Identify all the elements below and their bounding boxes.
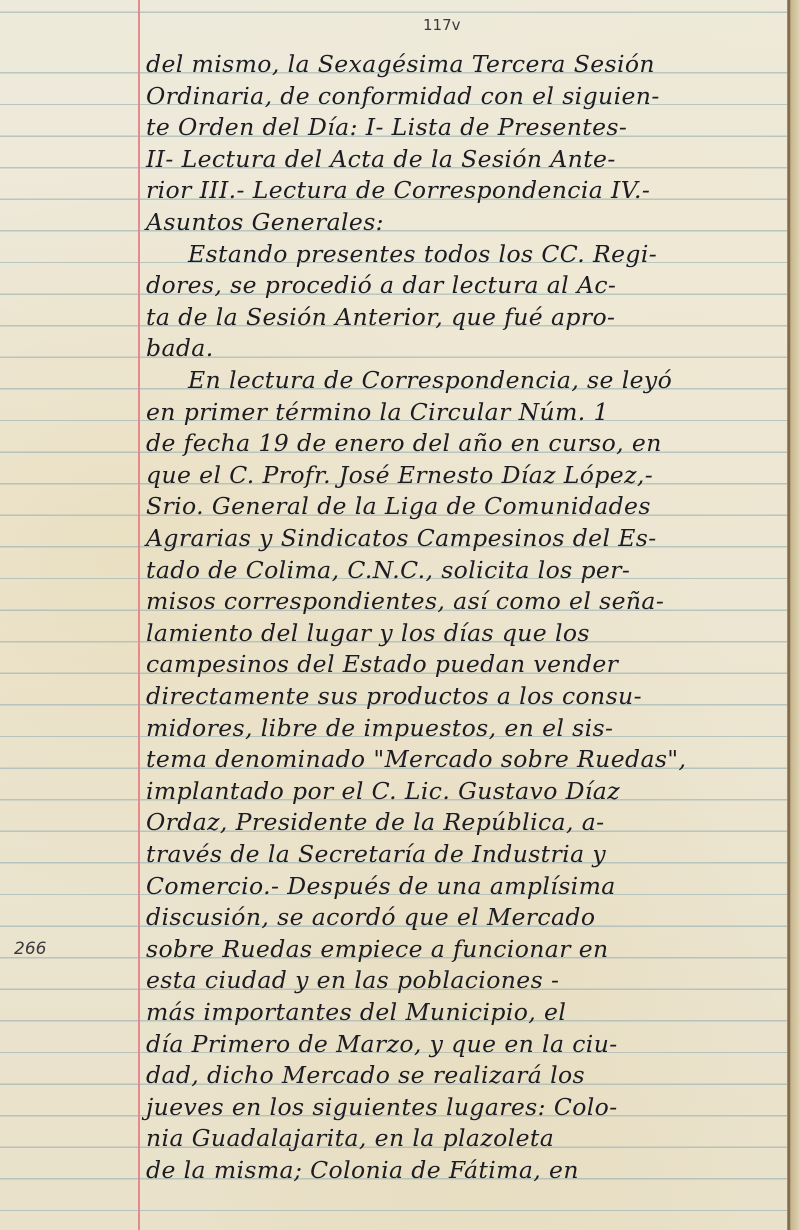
handwritten-line: en primer término la Circular Núm. 1 xyxy=(146,397,790,428)
handwritten-line: de fecha 19 de enero del año en curso, e… xyxy=(146,428,790,459)
handwritten-line: discusión, se acordó que el Mercado xyxy=(146,902,790,933)
handwritten-line: Ordinaria, de conformidad con el siguien… xyxy=(146,81,790,112)
handwritten-line: Comercio.- Después de una amplísima xyxy=(146,871,790,902)
margin-note: 266 xyxy=(14,939,46,959)
handwritten-line: directamente sus productos a los consu- xyxy=(146,681,790,712)
handwritten-line: jueves en los siguientes lugares: Colo- xyxy=(146,1092,790,1123)
handwritten-line: de la misma; Colonia de Fátima, en xyxy=(146,1155,790,1186)
page-edge xyxy=(787,0,799,1230)
handwritten-line: sobre Ruedas empiece a funcionar en xyxy=(146,934,790,965)
handwritten-line: Asuntos Generales: xyxy=(146,207,790,238)
handwritten-line: del mismo, la Sexagésima Tercera Sesión xyxy=(146,49,790,80)
handwritten-line: Srio. General de la Liga de Comunidades xyxy=(146,491,790,522)
handwritten-line: Agrarias y Sindicatos Campesinos del Es- xyxy=(146,523,790,554)
handwritten-line: misos correspondientes, así como el seña… xyxy=(146,586,790,617)
notebook-page: 117v 266 del mismo, la Sexagésima Tercer… xyxy=(0,0,790,1230)
handwritten-line: II- Lectura del Acta de la Sesión Ante- xyxy=(146,144,790,175)
handwritten-line: nia Guadalajarita, en la plazoleta xyxy=(146,1123,790,1154)
handwritten-line: midores, libre de impuestos, en el sis- xyxy=(146,713,790,744)
handwritten-line: más importantes del Municipio, el xyxy=(146,997,790,1028)
handwritten-line: bada. xyxy=(146,333,790,364)
handwritten-line: día Primero de Marzo, y que en la ciu- xyxy=(146,1029,790,1060)
handwritten-line: dad, dicho Mercado se realizará los xyxy=(146,1060,790,1091)
handwritten-line: En lectura de Correspondencia, se leyó xyxy=(146,365,790,396)
red-margin-line xyxy=(138,0,140,1230)
handwritten-line: tema denominado "Mercado sobre Ruedas", xyxy=(146,744,790,775)
handwritten-line: Estando presentes todos los CC. Regi- xyxy=(146,239,790,270)
handwritten-line: esta ciudad y en las poblaciones - xyxy=(146,965,790,996)
handwritten-line: te Orden del Día: I- Lista de Presentes- xyxy=(146,112,790,143)
handwritten-line: dores, se procedió a dar lectura al Ac- xyxy=(146,270,790,301)
page-number: 117v xyxy=(423,16,461,34)
handwritten-line: ta de la Sesión Anterior, que fué apro- xyxy=(146,302,790,333)
handwritten-line: Ordaz, Presidente de la República, a- xyxy=(146,807,790,838)
handwritten-line: tado de Colima, C.N.C., solicita los per… xyxy=(146,555,790,586)
handwritten-line: campesinos del Estado puedan vender xyxy=(146,649,790,680)
handwritten-line: rior III.- Lectura de Correspondencia IV… xyxy=(146,175,790,206)
handwritten-line: implantado por el C. Lic. Gustavo Díaz xyxy=(146,776,790,807)
handwritten-line: través de la Secretaría de Industria y xyxy=(146,839,790,870)
handwritten-line: que el C. Profr. José Ernesto Díaz López… xyxy=(146,460,790,491)
handwritten-line: lamiento del lugar y los días que los xyxy=(146,618,790,649)
